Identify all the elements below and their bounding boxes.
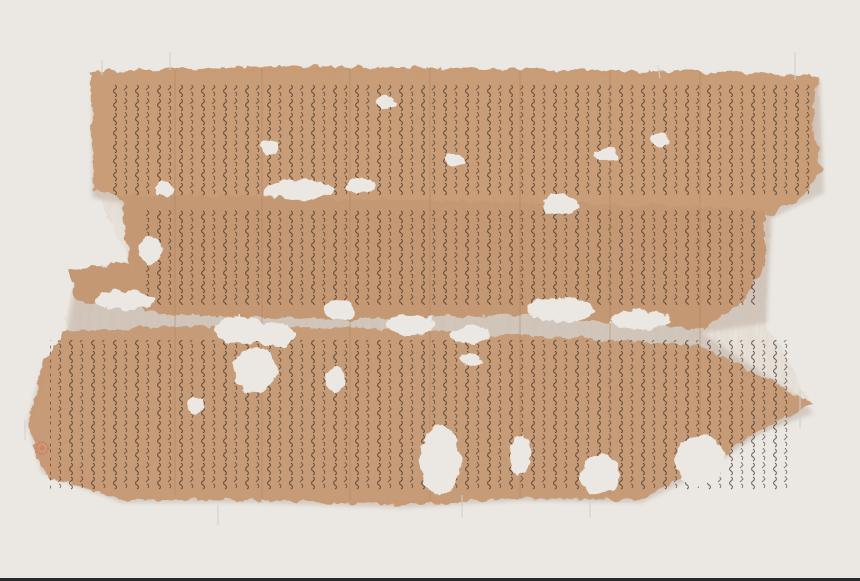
papyrus-photograph (0, 0, 860, 578)
papyrus-fragment (25, 52, 824, 525)
